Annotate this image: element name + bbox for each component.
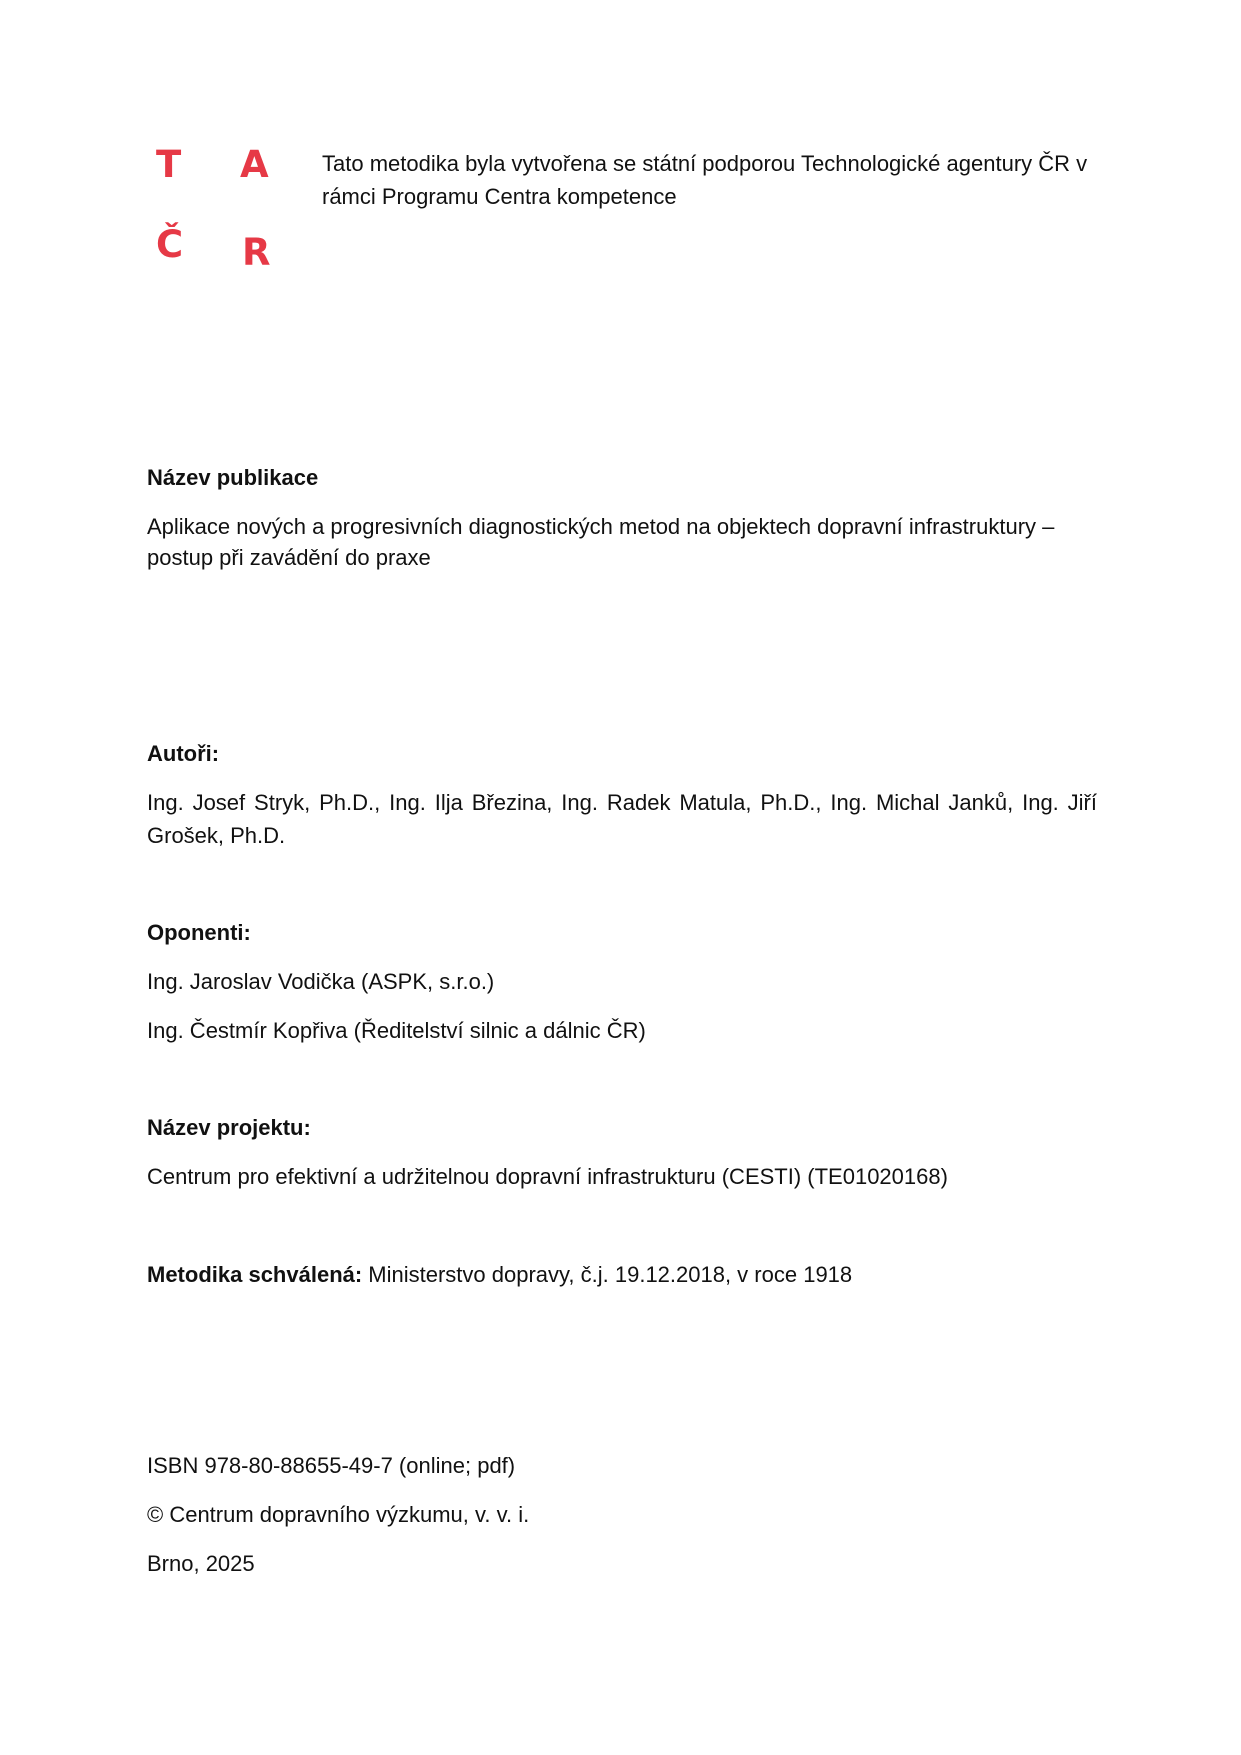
opponent-item: Ing. Čestmír Kopřiva (Ředitelství silnic…: [147, 1015, 1097, 1047]
logo-letter-c: Č: [156, 226, 183, 263]
logo-letter-a: A: [240, 146, 269, 183]
tacr-logo: T A Č R: [152, 138, 282, 272]
authors-list: Ing. Josef Stryk, Ph.D., Ing. Ilja Březi…: [147, 786, 1097, 852]
approval-line: Metodika schválená: Ministerstvo dopravy…: [147, 1259, 1097, 1291]
isbn: ISBN 978-80-88655-49-7 (online; pdf): [147, 1450, 1097, 1482]
opponent-item: Ing. Jaroslav Vodička (ASPK, s.r.o.): [147, 966, 1097, 998]
copyright: © Centrum dopravního výzkumu, v. v. i.: [147, 1499, 1097, 1531]
document-page: T A Č R Tato metodika byla vytvořena se …: [0, 0, 1241, 1755]
place-year: Brno, 2025: [147, 1548, 1097, 1580]
logo-letter-r: R: [242, 234, 271, 271]
publication-heading: Název publikace: [147, 462, 1097, 494]
authors-heading: Autoři:: [147, 738, 1097, 770]
approval-label: Metodika schválená:: [147, 1262, 362, 1287]
logo-letter-t: T: [156, 146, 181, 183]
publication-title: Aplikace nových a progresivních diagnost…: [147, 511, 1097, 573]
funding-statement: Tato metodika byla vytvořena se státní p…: [322, 147, 1122, 213]
project-heading: Název projektu:: [147, 1112, 1097, 1144]
approval-value: Ministerstvo dopravy, č.j. 19.12.2018, v…: [362, 1262, 852, 1287]
opponents-heading: Oponenti:: [147, 917, 1097, 949]
project-name: Centrum pro efektivní a udržitelnou dopr…: [147, 1161, 1097, 1193]
